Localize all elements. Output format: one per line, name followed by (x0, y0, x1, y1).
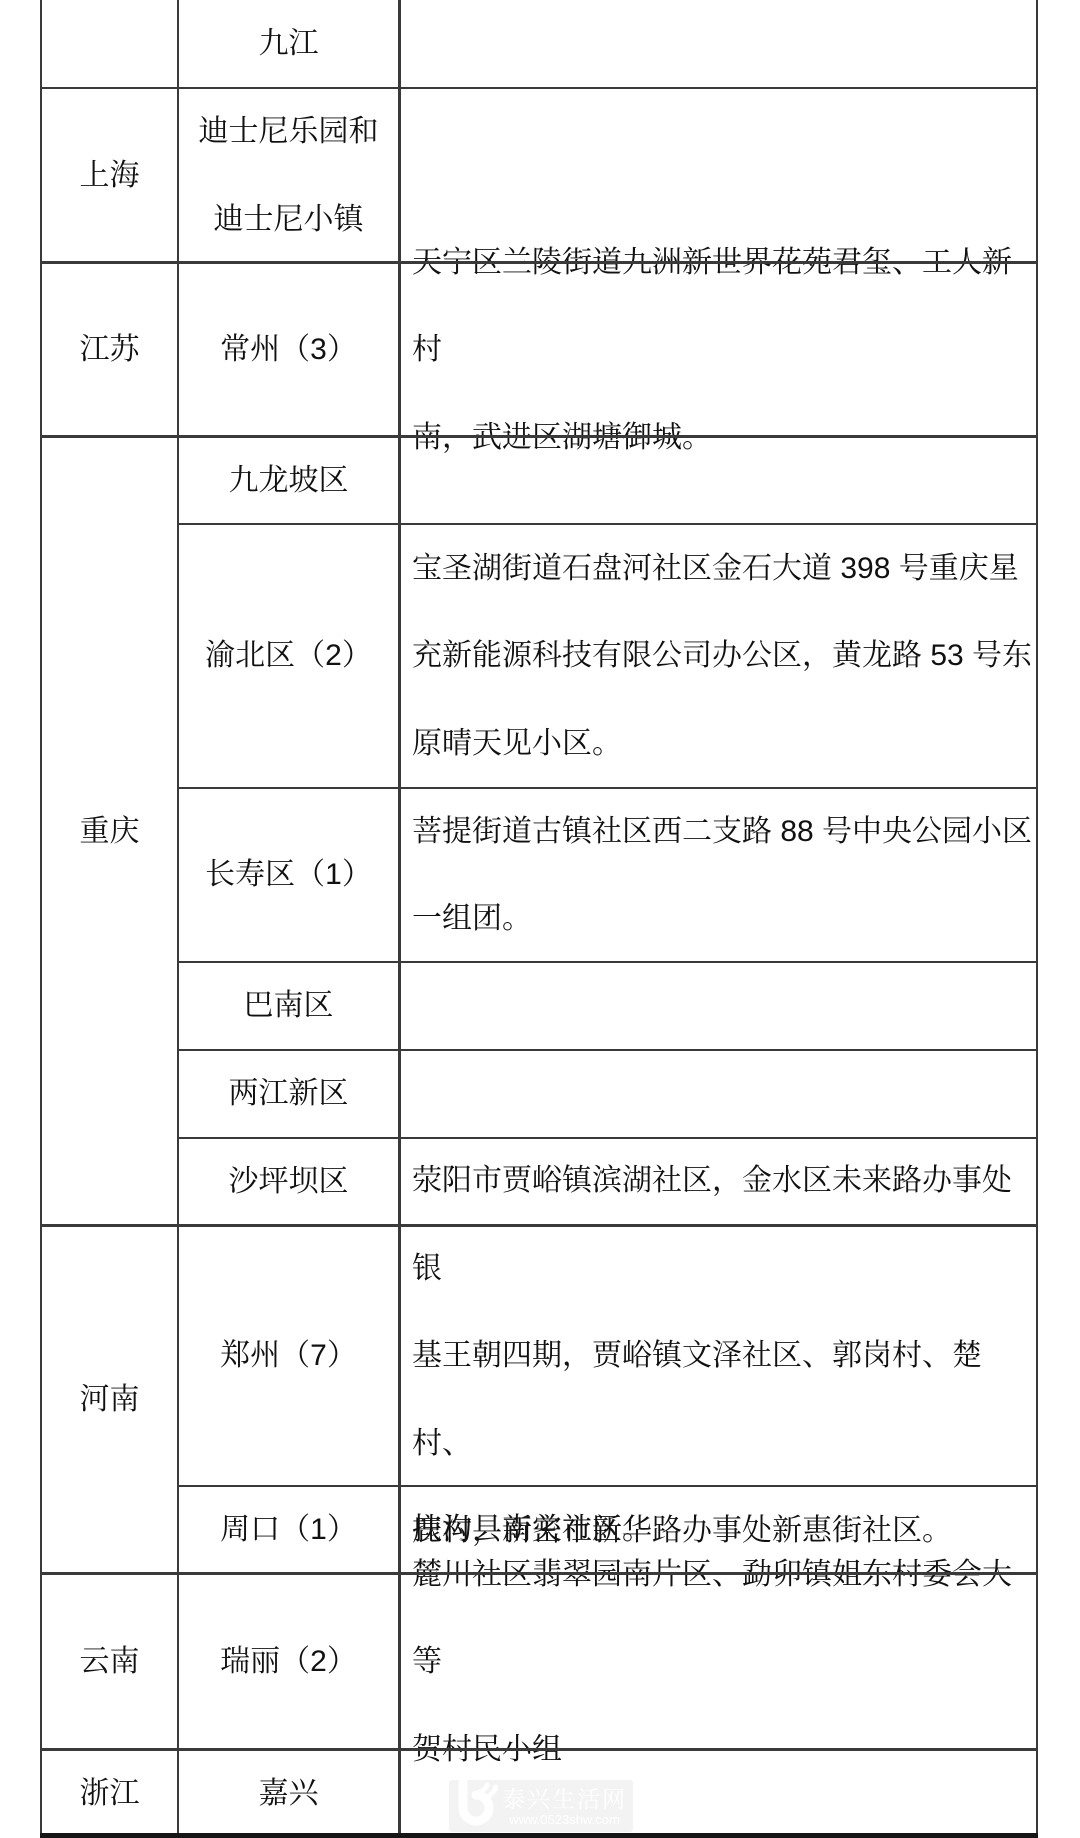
row-line (177, 1485, 1038, 1487)
city-cell-jiaxing: 嘉兴 (178, 1750, 399, 1838)
detail-cell-jiulongpo (399, 437, 1038, 524)
province-cell-jiangsu: 江苏 (41, 263, 178, 437)
city-cell-liangjiang: 两江新区 (178, 1050, 399, 1138)
watermark-site-name: 泰兴生活网 (502, 1786, 627, 1812)
row-line (177, 1049, 1038, 1051)
row-line-province (40, 261, 1038, 264)
city-cell-zhoukou: 周口（1） (178, 1486, 399, 1574)
detail-cell-jiujiang (399, 0, 1038, 88)
row-line-province (40, 1572, 1038, 1575)
row-line (177, 523, 1038, 525)
risk-area-table-page: 上海 江苏 重庆 河南 云南 浙江 九江 迪士尼乐园和 迪士尼小镇 常州（3） … (0, 0, 1080, 1838)
watermark-text-block: 泰兴生活网 www.0523shw.com (502, 1786, 627, 1827)
detail-cell-yubei: 宝圣湖街道石盘河社区金石大道 398 号重庆星 充新能源科技有限公司办公区，黄龙… (399, 524, 1038, 788)
province-cell-zhejiang: 浙江 (41, 1750, 178, 1838)
row-line-province (40, 1748, 1038, 1751)
city-cell-ruili: 瑞丽（2） (178, 1574, 399, 1750)
detail-cell-zhengzhou: 荥阳市贾峪镇滨湖社区，金水区未来路办事处银 基王朝四期，贾峪镇文泽社区、郭岗村、… (399, 1226, 1038, 1486)
province-cell (41, 0, 178, 88)
table-right-border (1036, 0, 1038, 1838)
city-cell-changzhou: 常州（3） (178, 263, 399, 437)
row-line-province (40, 435, 1038, 438)
detail-cell-banan (399, 962, 1038, 1050)
detail-cell-ruili: 麓川社区翡翠园南片区、勐卯镇姐东村委会大等 贺村民小组 (399, 1574, 1038, 1750)
province-cell-shanghai: 上海 (41, 88, 178, 263)
row-line-province (40, 1224, 1038, 1227)
city-cell-zhengzhou: 郑州（7） (178, 1226, 399, 1486)
province-cell-chongqing: 重庆 (41, 437, 178, 1226)
city-cell-shapingba: 沙坪坝区 (178, 1138, 399, 1226)
city-cell-banan: 巴南区 (178, 962, 399, 1050)
bottom-edge-line (40, 1833, 1038, 1838)
site-logo-icon (454, 1780, 498, 1833)
table-left-border (40, 0, 42, 1838)
province-cell-yunnan: 云南 (41, 1574, 178, 1750)
col-divider-city-detail (398, 0, 401, 1838)
watermark: 泰兴生活网 www.0523shw.com (449, 1780, 633, 1832)
city-cell-yubei: 渝北区（2） (178, 524, 399, 788)
detail-cell-liangjiang (399, 1050, 1038, 1138)
city-cell-changshou: 长寿区（1） (178, 788, 399, 962)
row-line (177, 961, 1038, 963)
city-cell-disney: 迪士尼乐园和 迪士尼小镇 (178, 88, 399, 263)
city-cell-jiujiang: 九江 (178, 0, 399, 88)
detail-cell-changzhou: 天宁区兰陵街道九洲新世界花苑君玺、工人新村 南，武进区湖塘御城。 (399, 263, 1038, 437)
row-line (177, 1137, 1038, 1139)
province-cell-henan: 河南 (41, 1226, 178, 1574)
city-cell-jiulongpo: 九龙坡区 (178, 437, 399, 524)
row-line (40, 87, 1038, 89)
col-divider-province-city (177, 0, 179, 1838)
watermark-site-url: www.0523shw.com (509, 1812, 620, 1827)
row-line (177, 787, 1038, 789)
detail-cell-changshou: 菩提街道古镇社区西二支路 88 号中央公园小区 一组团。 (399, 788, 1038, 962)
